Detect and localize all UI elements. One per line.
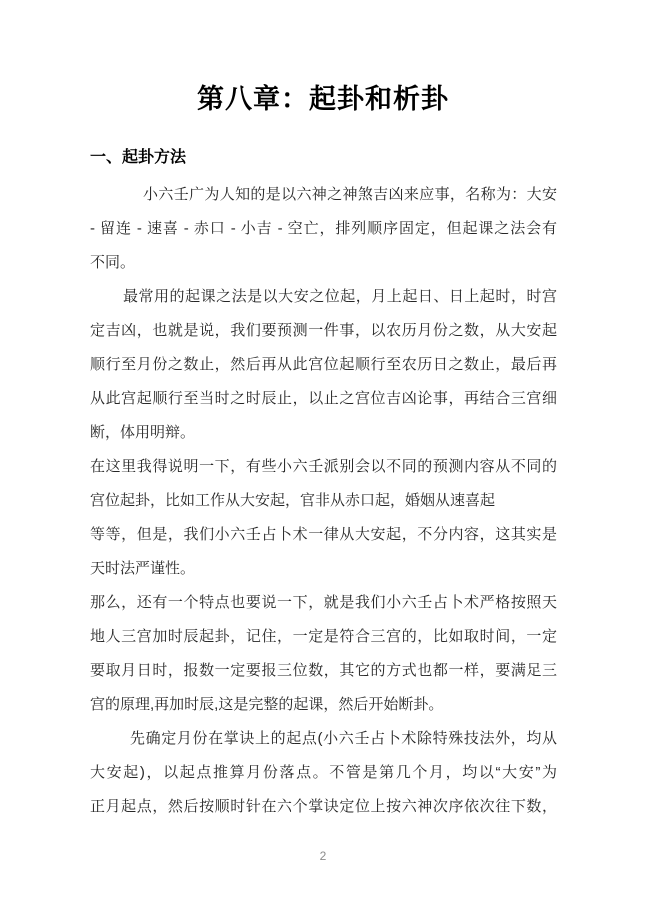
text-line: - 留连 - 速喜 - 赤口 - 小吉 - 空亡，排列顺序固定，但起课之法会有 [90, 212, 557, 246]
page-number: 2 [0, 848, 646, 864]
text-line: 顺行至月份之数止，然后再从此宫位起顺行至农历日之数止，最后再 [90, 348, 557, 382]
text-line: 大安起)，以起点推算月份落点。不管是第几个月，均以“大安”为 [90, 756, 557, 790]
text-line: 宫的原理,再加时辰,这是完整的起课，然后开始断卦。 [90, 688, 557, 722]
text-line: 那么，还有一个特点也要说一下，就是我们小六壬占卜术严格按照天 [90, 586, 557, 620]
text-line: 断，体用明辩。 [90, 416, 557, 450]
text-line: 地人三宫加时辰起卦，记住，一定是符合三宫的，比如取时间，一定 [90, 620, 557, 654]
paragraph-1: 小六壬广为人知的是以六神之神煞吉凶来应事，名称为：大安 - 留连 - 速喜 - … [90, 178, 557, 280]
paragraph-4: 那么，还有一个特点也要说一下，就是我们小六壬占卜术严格按照天 地人三宫加时辰起卦… [90, 586, 557, 722]
text-line: 小六壬广为人知的是以六神之神煞吉凶来应事，名称为：大安 [90, 178, 557, 212]
paragraph-2: 最常用的起课之法是以大安之位起，月上起日、日上起时，时宫 定吉凶，也就是说，我们… [90, 280, 557, 450]
paragraph-5: 先确定月份在掌诀上的起点(小六壬占卜术除特殊技法外，均从 大安起)，以起点推算月… [90, 722, 557, 824]
text-line: 要取月日时，报数一定要报三位数，其它的方式也都一样，要满足三 [90, 654, 557, 688]
text-line: 宫位起卦，比如工作从大安起，官非从赤口起，婚姻从速喜起 [90, 484, 557, 518]
paragraph-3: 在这里我得说明一下，有些小六壬派别会以不同的预测内容从不同的 宫位起卦，比如工作… [90, 450, 557, 586]
text-line: 天时法严谨性。 [90, 552, 557, 586]
chapter-title: 第八章：起卦和析卦 [0, 82, 646, 116]
text-line: 先确定月份在掌诀上的起点(小六壬占卜术除特殊技法外，均从 [90, 722, 557, 756]
text-line: 等等，但是，我们小六壬占卜术一律从大安起，不分内容，这其实是 [90, 518, 557, 552]
text-line: 定吉凶，也就是说，我们要预测一件事，以农历月份之数，从大安起 [90, 314, 557, 348]
text-line: 最常用的起课之法是以大安之位起，月上起日、日上起时，时宫 [90, 280, 557, 314]
text-line: 正月起点，然后按顺时针在六个掌诀定位上按六神次序依次往下数， [90, 790, 557, 824]
body-text: 小六壬广为人知的是以六神之神煞吉凶来应事，名称为：大安 - 留连 - 速喜 - … [90, 178, 557, 824]
text-line: 从此宫起顺行至当时之时辰止，以止之宫位吉凶论事，再结合三宫细 [90, 382, 557, 416]
text-line: 在这里我得说明一下，有些小六壬派别会以不同的预测内容从不同的 [90, 450, 557, 484]
section-heading: 一、起卦方法 [90, 148, 186, 168]
text-line: 不同。 [90, 246, 557, 280]
document-page: 第八章：起卦和析卦 一、起卦方法 小六壬广为人知的是以六神之神煞吉凶来应事，名称… [0, 0, 646, 914]
